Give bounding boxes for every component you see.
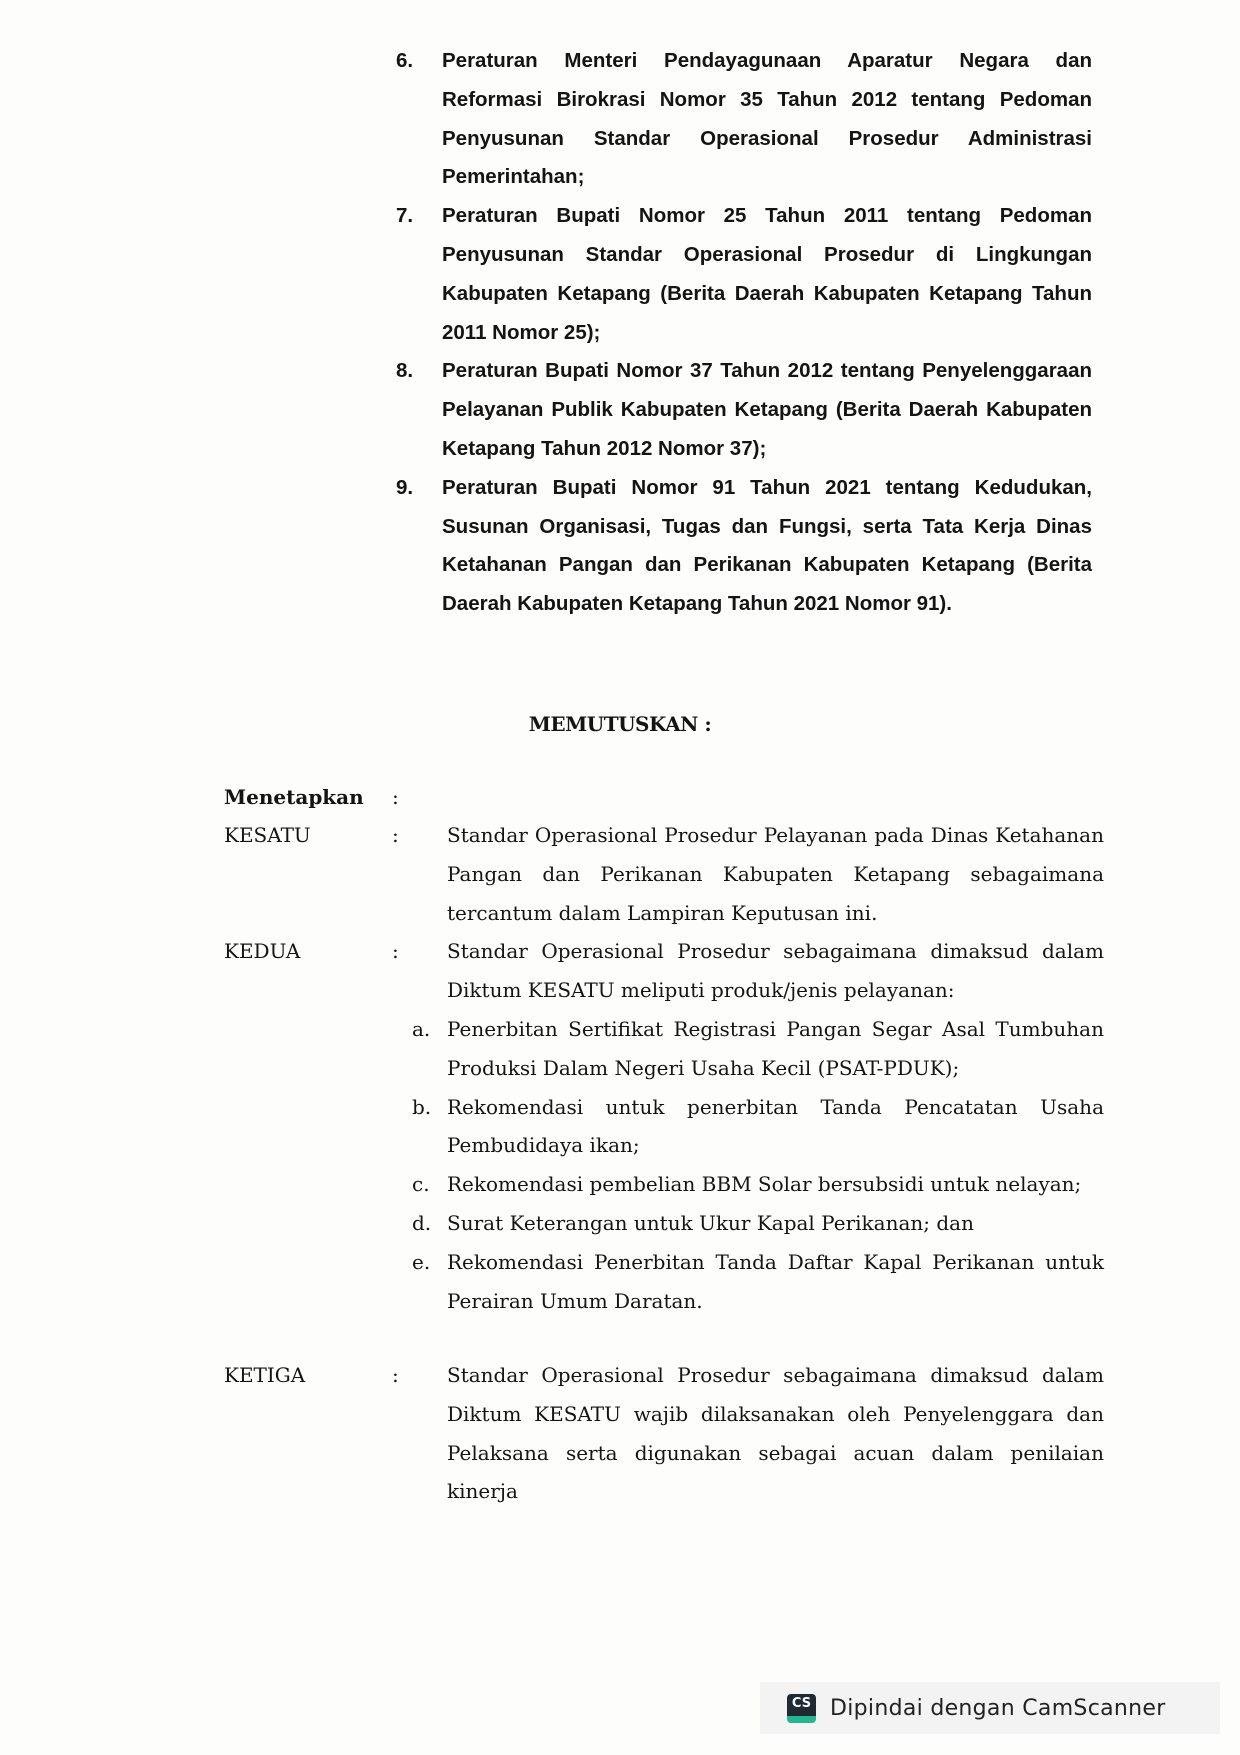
camscanner-logo-icon: CS: [787, 1694, 816, 1723]
consideration-item: 6. Peraturan Menteri Pendayagunaan Apara…: [396, 42, 1092, 197]
considerations-list: 6. Peraturan Menteri Pendayagunaan Apara…: [396, 42, 1092, 624]
diktum-label: KESATU: [224, 816, 311, 855]
diktum-colon: :: [392, 932, 399, 971]
item-number: 6.: [396, 42, 413, 81]
diktum-kedua: KEDUA : Standar Operasional Prosedur seb…: [224, 932, 1104, 1010]
diktum-label: Menetapkan: [224, 778, 364, 817]
item-number: 9.: [396, 469, 413, 508]
item-letter: a.: [412, 1010, 430, 1049]
watermark-text: Dipindai dengan CamScanner: [830, 1696, 1166, 1721]
section-heading: MEMUTUSKAN :: [0, 712, 1240, 736]
item-number: 8.: [396, 352, 413, 391]
item-number: 7.: [396, 197, 413, 236]
item-text: Surat Keterangan untuk Ukur Kapal Perika…: [447, 1211, 974, 1235]
diktum-colon: :: [392, 778, 399, 817]
item-text: Rekomendasi Penerbitan Tanda Daftar Kapa…: [447, 1250, 1104, 1313]
service-types-list: a. Penerbitan Sertifikat Registrasi Pang…: [412, 1010, 1104, 1320]
service-item: c. Rekomendasi pembelian BBM Solar bersu…: [412, 1165, 1104, 1204]
item-text: Peraturan Bupati Nomor 25 Tahun 2011 ten…: [442, 204, 1092, 343]
consideration-item: 7. Peraturan Bupati Nomor 25 Tahun 2011 …: [396, 197, 1092, 352]
diktum-label: KETIGA: [224, 1356, 305, 1395]
service-item: e. Rekomendasi Penerbitan Tanda Daftar K…: [412, 1243, 1104, 1321]
service-item: a. Penerbitan Sertifikat Registrasi Pang…: [412, 1010, 1104, 1088]
service-item: b. Rekomendasi untuk penerbitan Tanda Pe…: [412, 1088, 1104, 1166]
diktum-ketiga: KETIGA : Standar Operasional Prosedur se…: [224, 1356, 1104, 1511]
item-text: Peraturan Bupati Nomor 37 Tahun 2012 ten…: [442, 359, 1092, 460]
document-page: 6. Peraturan Menteri Pendayagunaan Apara…: [0, 0, 1240, 1755]
item-text: Rekomendasi untuk penerbitan Tanda Penca…: [447, 1095, 1104, 1158]
item-letter: c.: [412, 1165, 430, 1204]
consideration-item: 9. Peraturan Bupati Nomor 91 Tahun 2021 …: [396, 469, 1092, 624]
item-text: Peraturan Menteri Pendayagunaan Aparatur…: [442, 49, 1092, 188]
item-text: Penerbitan Sertifikat Registrasi Pangan …: [447, 1017, 1104, 1080]
diktum-colon: :: [392, 816, 399, 855]
camscanner-watermark: CS Dipindai dengan CamScanner: [760, 1682, 1220, 1734]
diktum-kesatu: KESATU : Standar Operasional Prosedur Pe…: [224, 816, 1104, 932]
item-letter: d.: [412, 1204, 431, 1243]
item-text: Rekomendasi pembelian BBM Solar bersubsi…: [447, 1172, 1081, 1196]
consideration-item: 8. Peraturan Bupati Nomor 37 Tahun 2012 …: [396, 352, 1092, 468]
diktum-menetapkan: Menetapkan :: [224, 778, 1104, 817]
diktum-colon: :: [392, 1356, 399, 1395]
item-letter: b.: [412, 1088, 431, 1127]
diktum-text: Standar Operasional Prosedur sebagaimana…: [447, 1356, 1104, 1511]
item-text: Peraturan Bupati Nomor 91 Tahun 2021 ten…: [442, 476, 1092, 615]
item-letter: e.: [412, 1243, 430, 1282]
diktum-label: KEDUA: [224, 932, 300, 971]
diktum-text: Standar Operasional Prosedur Pelayanan p…: [447, 816, 1104, 932]
service-item: d. Surat Keterangan untuk Ukur Kapal Per…: [412, 1204, 1104, 1243]
diktum-text: Standar Operasional Prosedur sebagaimana…: [447, 932, 1104, 1010]
